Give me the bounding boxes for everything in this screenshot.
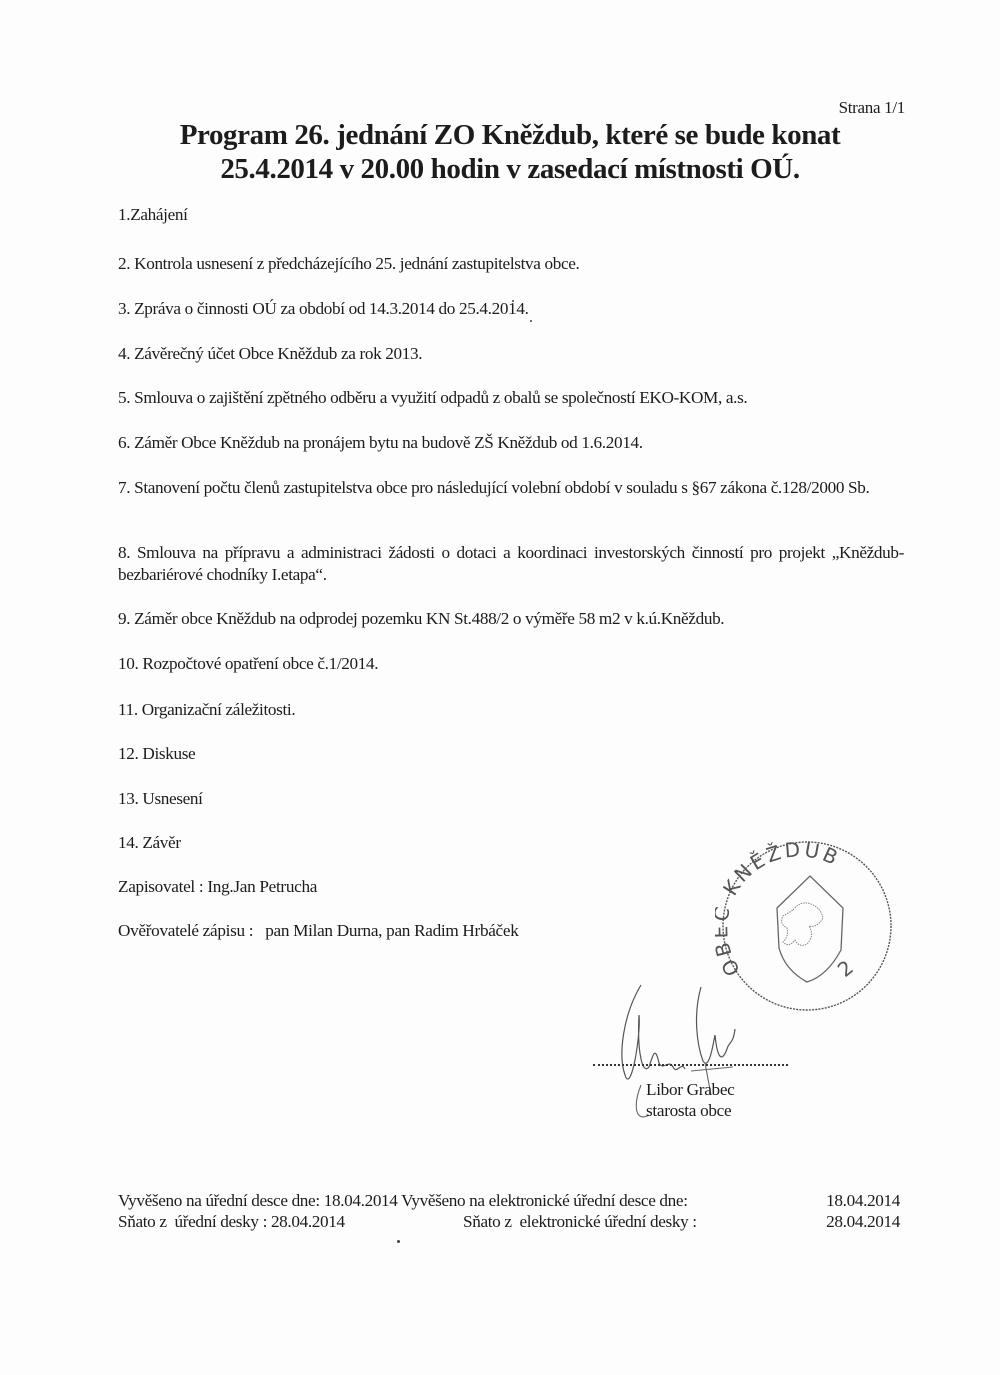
stamp-number: 2	[833, 955, 858, 982]
verifiers-line: Ověřovatelé zápisu : pan Milan Durna, pa…	[118, 921, 519, 941]
agenda-item: 13. Usnesení	[118, 788, 904, 810]
document-page: Strana 1/1 Program 26. jednání ZO Kněždu…	[0, 0, 1000, 1375]
agenda-item: 1.Zahájení	[118, 204, 904, 226]
signer-name: Libor Grabec	[646, 1079, 735, 1100]
agenda-item: 9. Záměr obce Kněždub na odprodej pozemk…	[118, 608, 904, 630]
title-line-2: 25.4.2014 v 20.00 hodin v zasedací místn…	[100, 152, 920, 186]
scan-speck	[530, 320, 532, 322]
page-number: Strana 1/1	[839, 98, 905, 118]
signature-line	[593, 1064, 788, 1066]
removed-label: Sňato z úřední desky : 28.04.2014	[118, 1211, 345, 1232]
agenda-item: 8. Smlouva na přípravu a administraci žá…	[118, 542, 904, 586]
svg-text:OBEC KNĚŽDUB: OBEC KNĚŽDUB	[715, 838, 844, 980]
removed-row: Sňato z úřední desky : 28.04.2014 Sňato …	[118, 1211, 900, 1232]
posted-label: Vyvěšeno na úřední desce dne: 18.04.2014…	[118, 1190, 688, 1211]
removed-electronic-date: 28.04.2014	[826, 1211, 900, 1232]
posted-row: Vyvěšeno na úřední desce dne: 18.04.2014…	[118, 1190, 900, 1211]
agenda-item: 11. Organizační záležitosti.	[118, 699, 904, 721]
posting-info: Vyvěšeno na úřední desce dne: 18.04.2014…	[118, 1190, 900, 1232]
agenda-item: 5. Smlouva o zajištění zpětného odběru a…	[118, 387, 904, 409]
agenda-item: 12. Diskuse	[118, 743, 904, 765]
title-line-1: Program 26. jednání ZO Kněždub, které se…	[100, 118, 920, 152]
agenda-item: 4. Závěrečný účet Obce Kněždub za rok 20…	[118, 343, 904, 365]
signer-role: starosta obce	[646, 1100, 735, 1121]
stamp-text: OBEC KNĚŽDUB	[715, 838, 844, 980]
removed-electronic-label: Sňato z elektronické úřední desky :	[463, 1211, 697, 1232]
scan-speck	[512, 300, 514, 302]
document-title: Program 26. jednání ZO Kněždub, které se…	[100, 118, 920, 186]
agenda-item: 3. Zpráva o činnosti OÚ za období od 14.…	[118, 298, 904, 320]
signer-block: Libor Grabec starosta obce	[646, 1079, 735, 1121]
agenda-item: 6. Záměr Obce Kněždub na pronájem bytu n…	[118, 432, 904, 454]
recorder-line: Zapisovatel : Ing.Jan Petrucha	[118, 877, 317, 897]
posted-electronic-date: 18.04.2014	[826, 1190, 900, 1211]
scan-speck	[397, 1240, 400, 1243]
agenda-item: 10. Rozpočtové opatření obce č.1/2014.	[118, 653, 904, 675]
agenda-item: 2. Kontrola usnesení z předcházejícího 2…	[118, 253, 904, 275]
agenda-item: 7. Stanovení počtu členů zastupitelstva …	[118, 477, 904, 499]
